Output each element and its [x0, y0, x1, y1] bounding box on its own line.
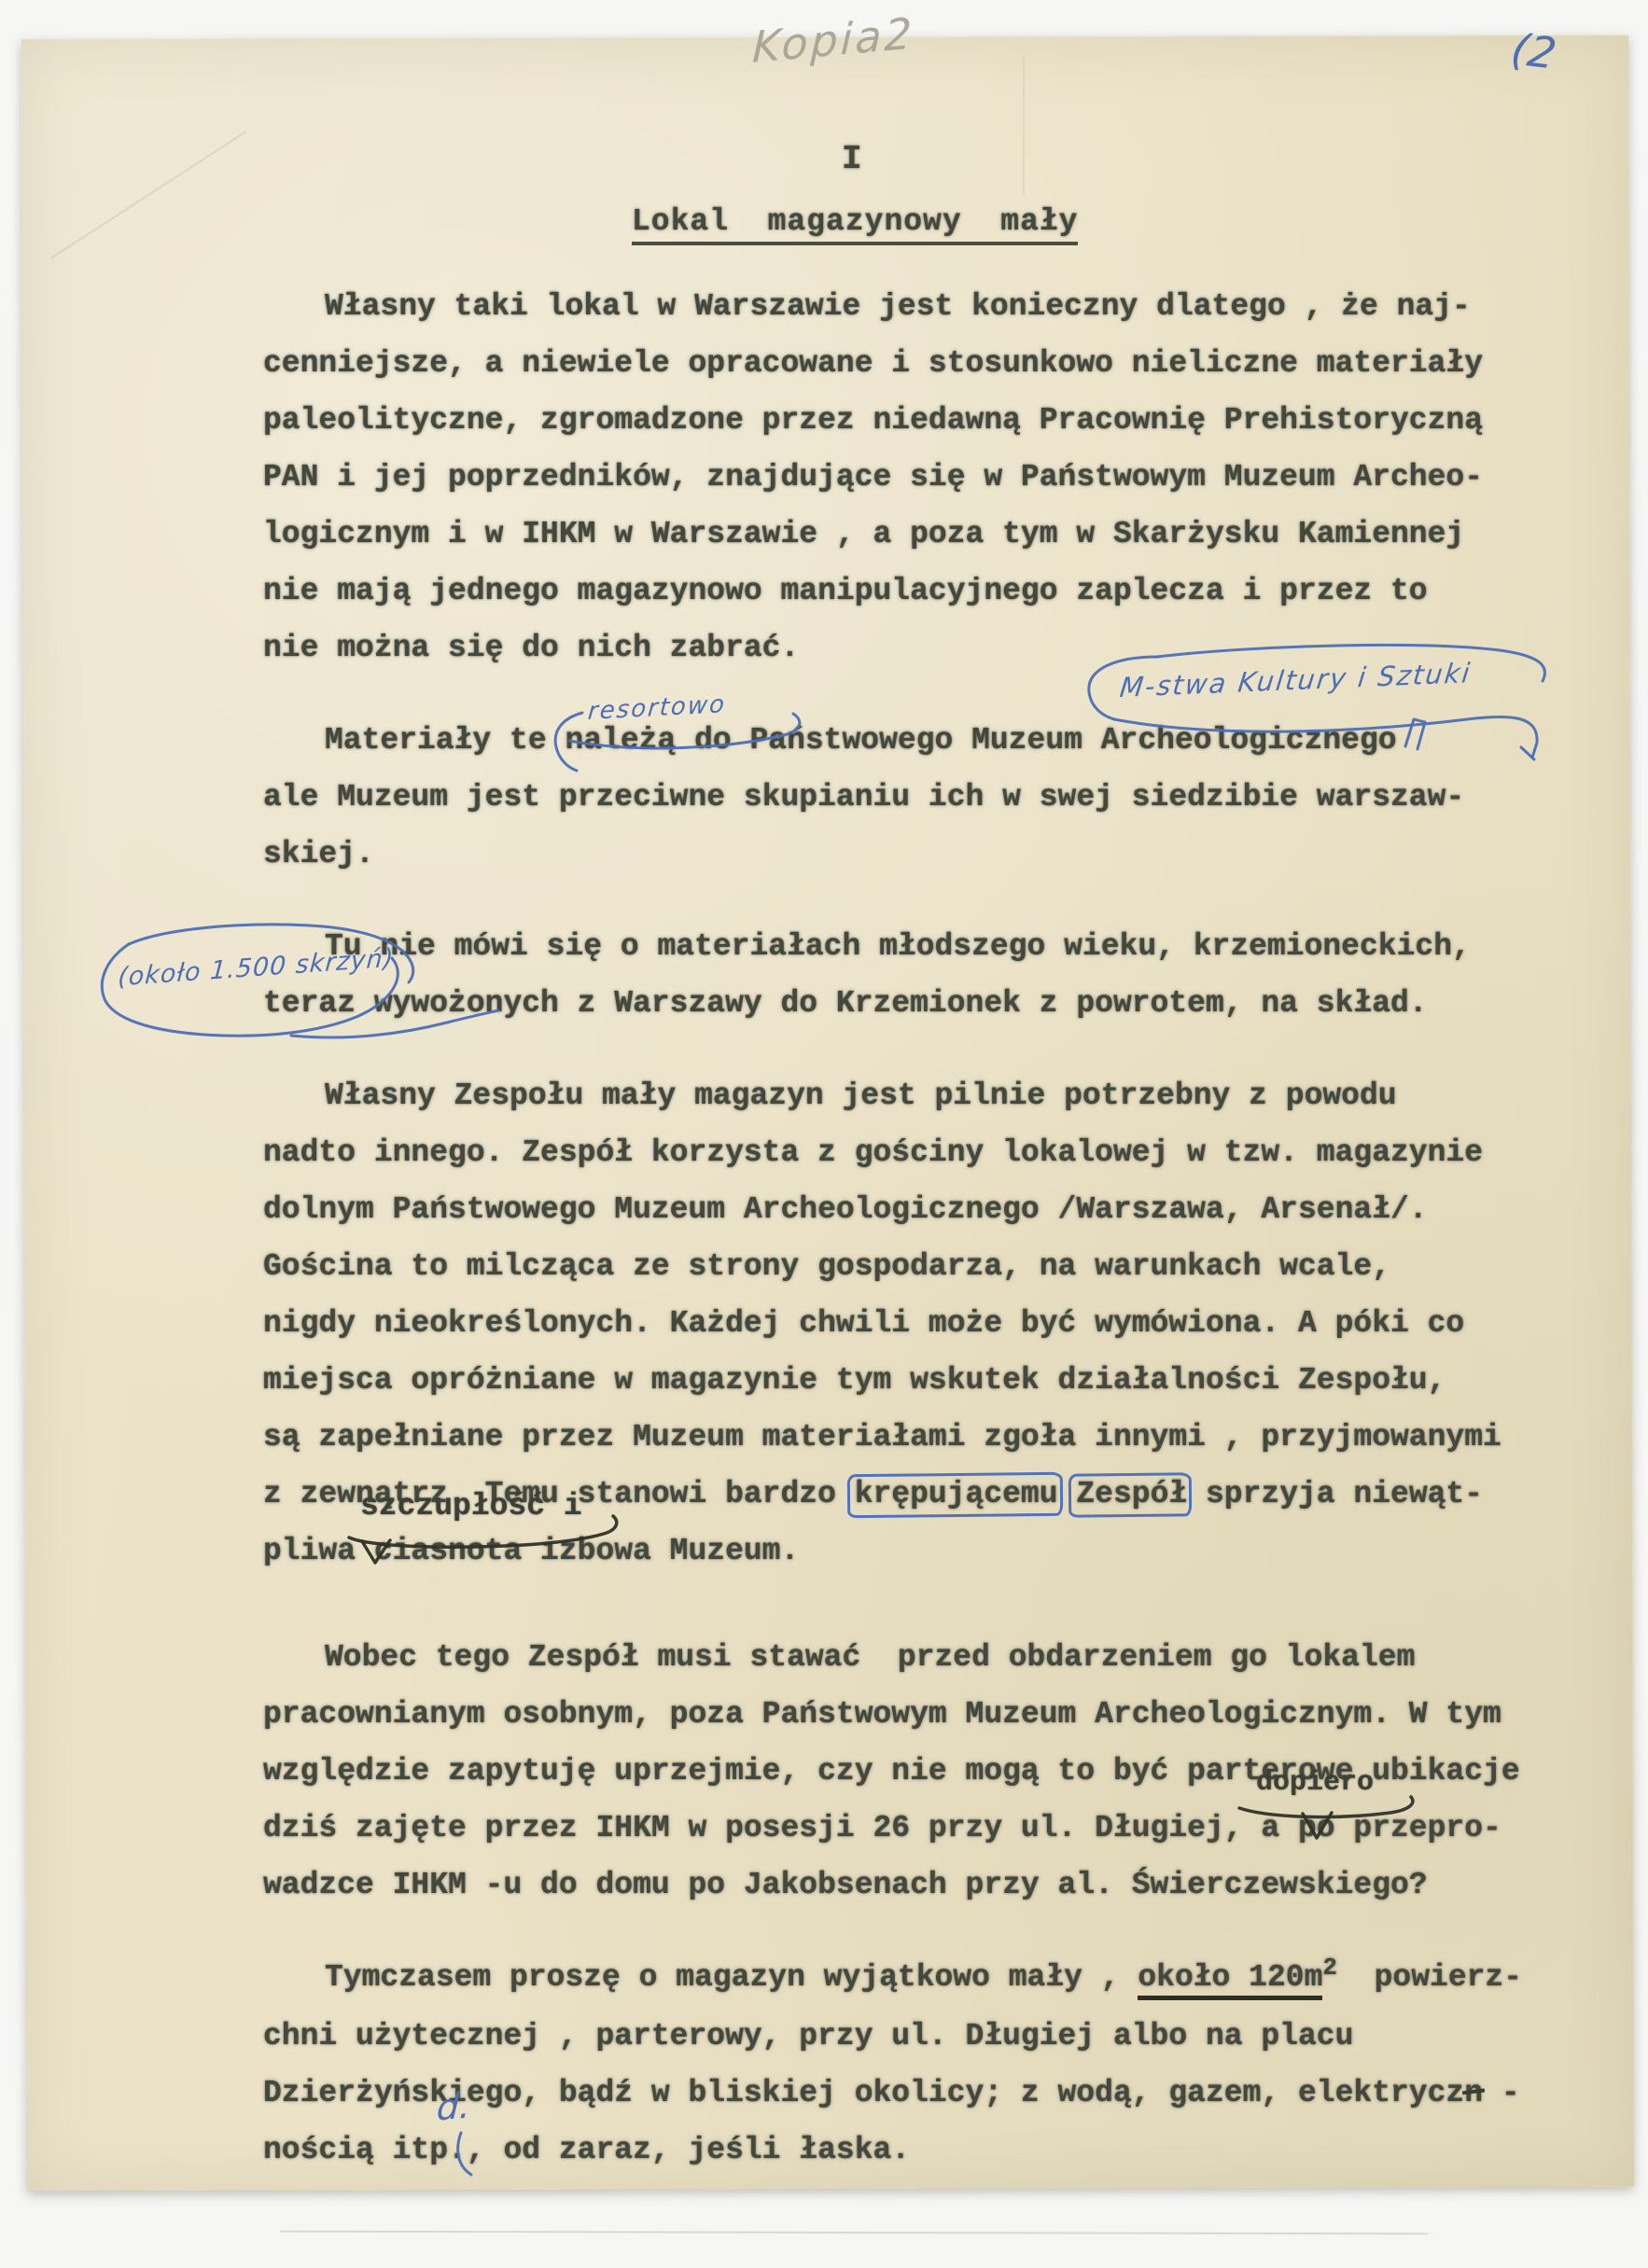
- paragraph: Wobec tego Zespół musi stawać przed obda…: [263, 1629, 1616, 1913]
- typed-text-segment: nigdy nieokreślonych. Każdej chwili może…: [263, 1306, 1464, 1341]
- typed-text-segment: chni użytecznej , parterowy, przy ul. Dł…: [263, 2019, 1353, 2053]
- typed-text-segment: skiej.: [263, 837, 374, 871]
- typed-text-segment: dolnym Państwowego Muzeum Archeologiczne…: [263, 1192, 1428, 1227]
- typed-line: ale Muzeum jest przeciwne skupianiu ich …: [263, 769, 1616, 826]
- typed-line: względzie zapytuję uprzejmie, czy nie mo…: [263, 1743, 1616, 1800]
- itd-ink-correction: d.: [436, 2084, 471, 2129]
- typed-text-segment: ale Muzeum jest przeciwne skupianiu ich …: [263, 780, 1464, 814]
- paragraph: Materiały te należą do Państwowego Muzeu…: [263, 712, 1616, 883]
- typed-line: są zapełniane przez Muzeum materiałami z…: [263, 1409, 1616, 1466]
- typed-line: Wobec tego Zespół musi stawać przed obda…: [263, 1629, 1616, 1686]
- typed-text-segment: powierz-: [1337, 1960, 1522, 1995]
- typed-text-segment: paleolityczne, zgromadzone przez niedawn…: [263, 403, 1483, 438]
- typed-line: wadzce IHKM -u do domu po Jakobsenach pr…: [263, 1857, 1616, 1913]
- typed-text-segment: teraz wywożonych z Warszawy do Krzemione…: [263, 986, 1428, 1021]
- document-scan: I Lokal magazynowy mały Własny taki loka…: [0, 0, 1648, 2268]
- typed-line: logicznym i w IHKM w Warszawie , a poza …: [263, 506, 1616, 563]
- paragraph: Tu nie mówi się o materiałach młodszego …: [263, 918, 1616, 1032]
- typed-insertion-szczuplosc: szczupłość i: [360, 1491, 582, 1523]
- typed-text-segment: wadzce IHKM -u do domu po Jakobsenach pr…: [263, 1868, 1428, 1902]
- marked-text-boxed: krępującemu: [855, 1477, 1058, 1511]
- document-title: Lokal magazynowy mały: [632, 193, 1616, 250]
- typed-line: skiej.: [263, 826, 1616, 883]
- paragraph: Tymczasem proszę o magazyn wyjątkowo mał…: [263, 1949, 1616, 2178]
- typed-text-segment: Własny Zespołu mały magazyn jest pilnie …: [325, 1078, 1397, 1113]
- section-numeral: I: [842, 131, 1616, 188]
- typed-line: Gościna to milcząca ze strony gospodarza…: [263, 1238, 1616, 1295]
- typed-line: nigdy nieokreślonych. Każdej chwili może…: [263, 1295, 1616, 1352]
- typed-text-segment: Wobec tego Zespół musi stawać przed obda…: [325, 1640, 1415, 1675]
- typed-text-segment: logicznym i w IHKM w Warszawie , a poza …: [263, 517, 1464, 551]
- typed-line: Tymczasem proszę o magazyn wyjątkowo mał…: [263, 1949, 1616, 2008]
- typed-text: I Lokal magazynowy mały Własny taki loka…: [263, 131, 1616, 2178]
- typed-text-segment: dziś zajęte przez IHKM w posesji 26 przy…: [263, 1811, 1501, 1845]
- typed-text-segment: nadto innego. Zespół korzysta z gościny …: [263, 1135, 1483, 1170]
- typed-text-segment: Tu nie mówi się o materiałach młodszego …: [325, 929, 1471, 964]
- typed-text-segment: miejsca opróżniane w magazynie tym wskut…: [263, 1363, 1445, 1398]
- typed-text-segment: pliwa ciasnota izbowa Muzeum.: [263, 1534, 799, 1568]
- marked-text-uheavy: około 120m: [1138, 1960, 1322, 2000]
- typed-line: pliwa ciasnota izbowa Muzeum.: [263, 1523, 1616, 1579]
- typed-line: nadto innego. Zespół korzysta z gościny …: [263, 1124, 1616, 1181]
- typed-text-segment: nie mają jednego magazynowo manipulacyjn…: [263, 574, 1428, 608]
- typed-text-segment: są zapełniane przez Muzeum materiałami z…: [263, 1420, 1501, 1454]
- typed-line: nie mają jednego magazynowo manipulacyjn…: [263, 563, 1616, 619]
- typed-line: pracownianym osobnym, poza Państwowym Mu…: [263, 1686, 1616, 1743]
- typed-line: PAN i jej poprzedników, znajdujące się w…: [263, 449, 1616, 506]
- typed-line: Własny taki lokal w Warszawie jest konie…: [263, 278, 1616, 335]
- typed-text-segment: Gościna to milcząca ze strony gospodarza…: [263, 1249, 1390, 1284]
- typed-line: teraz wywożonych z Warszawy do Krzemione…: [263, 975, 1616, 1032]
- typed-text-segment: cenniejsze, a niewiele opracowane i stos…: [263, 346, 1483, 381]
- typed-text-segment: Tymczasem proszę o magazyn wyjątkowo mał…: [325, 1960, 1138, 1995]
- typed-text-segment: nością itp., od zaraz, jeśli łaska.: [263, 2133, 910, 2167]
- typed-line: nością itp., od zaraz, jeśli łaska.: [263, 2122, 1616, 2178]
- typed-text-segment: PAN i jej poprzedników, znajdujące się w…: [263, 460, 1483, 494]
- typed-line: paleolityczne, zgromadzone przez niedawn…: [263, 392, 1616, 449]
- typed-text-segment: Własny taki lokal w Warszawie jest konie…: [325, 289, 1471, 324]
- typed-line: dziś zajęte przez IHKM w posesji 26 przy…: [263, 1800, 1616, 1857]
- document-title-text: Lokal magazynowy mały: [632, 204, 1078, 245]
- typed-text-segment: nie można się do nich zabrać.: [263, 631, 799, 665]
- typed-text-segment: sprzyja niewąt-: [1187, 1477, 1483, 1511]
- typed-line: Materiały te należą do Państwowego Muzeu…: [263, 712, 1616, 769]
- underlying-sheet-edge: [280, 2231, 1428, 2235]
- paragraph: Własny taki lokal w Warszawie jest konie…: [263, 278, 1616, 676]
- typed-text-segment: Materiały te należą do Państwowego Muzeu…: [325, 723, 1397, 758]
- typed-line: miejsca opróżniane w magazynie tym wskut…: [263, 1352, 1616, 1409]
- typed-line: dolnym Państwowego Muzeum Archeologiczne…: [263, 1181, 1616, 1238]
- marked-text-strike: n: [1464, 2076, 1483, 2110]
- typed-text-segment: pracownianym osobnym, poza Państwowym Mu…: [263, 1697, 1501, 1732]
- marked-text-boxed: Zespół: [1076, 1477, 1187, 1511]
- typed-line: cenniejsze, a niewiele opracowane i stos…: [263, 335, 1616, 392]
- typed-text-segment: -: [1483, 2076, 1520, 2110]
- typed-line: Własny Zespołu mały magazyn jest pilnie …: [263, 1067, 1616, 1124]
- typed-line: Tu nie mówi się o materiałach młodszego …: [263, 918, 1616, 975]
- marked-text-sup: 2: [1322, 1954, 1337, 1982]
- typed-insertion-dopiero: dopiero: [1256, 1769, 1374, 1798]
- typed-line: chni użytecznej , parterowy, przy ul. Dł…: [263, 2008, 1616, 2065]
